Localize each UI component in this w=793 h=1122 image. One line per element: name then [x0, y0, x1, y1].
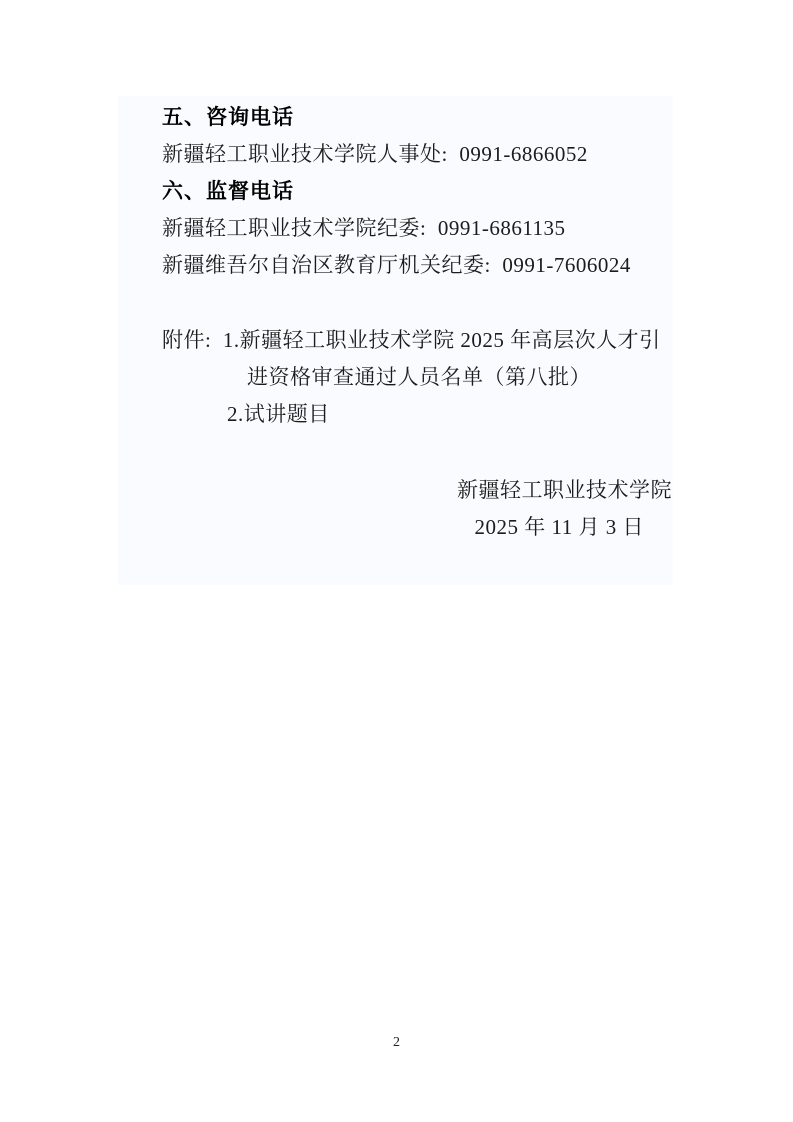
- section-six-heading: 六、监督电话: [118, 173, 673, 210]
- supervise-phone-line-education-dept: 新疆维吾尔自治区教育厅机关纪委: 0991-7606024: [118, 247, 673, 284]
- supervise-phone-line-college: 新疆轻工职业技术学院纪委: 0991-6861135: [118, 210, 673, 247]
- attachment-item-2: 2.试讲题目: [118, 396, 673, 433]
- section-five-heading: 五、咨询电话: [118, 99, 673, 136]
- attachments-block: 附件: 1.新疆轻工职业技术学院 2025 年高层次人才引 进资格审查通过人员名…: [118, 322, 673, 433]
- attachment-item-1-line-1: 附件: 1.新疆轻工职业技术学院 2025 年高层次人才引: [118, 322, 673, 359]
- content-panel: 五、咨询电话 新疆轻工职业技术学院人事处: 0991-6866052 六、监督电…: [118, 96, 673, 585]
- signature-block: 新疆轻工职业技术学院 2025 年 11 月 3 日: [118, 472, 673, 546]
- document-page: { "page_number": "2", "content": { "sect…: [0, 0, 793, 1122]
- attachment-item-1-line-2: 进资格审查通过人员名单（第八批）: [118, 359, 673, 396]
- signature-date: 2025 年 11 月 3 日: [118, 509, 673, 546]
- signature-organization: 新疆轻工职业技术学院: [118, 472, 673, 509]
- consult-phone-line: 新疆轻工职业技术学院人事处: 0991-6866052: [118, 136, 673, 173]
- page-number: 2: [0, 1033, 793, 1053]
